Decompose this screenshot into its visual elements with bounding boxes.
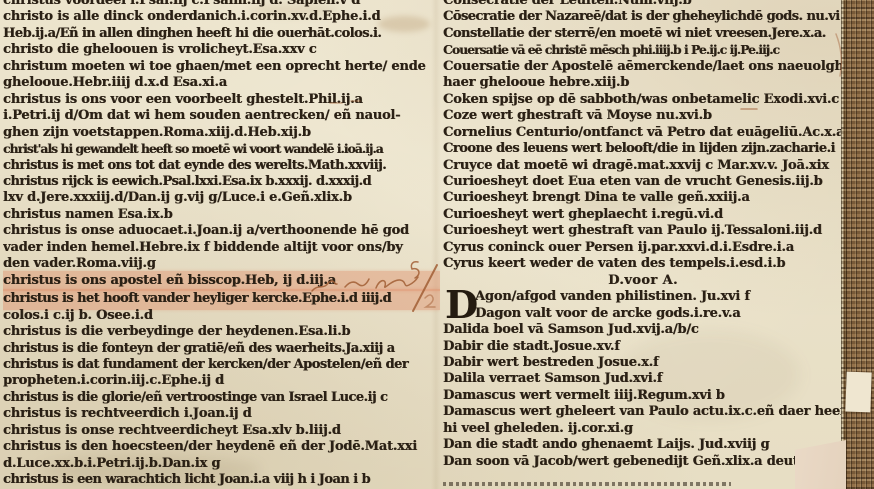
index-entry-line: christus is die verbeydinge der heydenen…: [3, 324, 440, 340]
index-entry-line: Dabir wert bestreden Josue.x.f: [443, 355, 843, 371]
index-entry-line: christus is onse aduocaet.i.Joan.ij a/ve…: [3, 223, 440, 239]
entry-text: Constellatie der sterrē/en moetē wi niet…: [443, 26, 826, 41]
entry-text: hi veel gheleden. ij.cor.xi.g: [443, 421, 633, 436]
index-entry-line: Coken spijse op dē sabboth/was onbetamel…: [443, 92, 843, 108]
index-entry-line: christum moeten wi toe ghaen/met een opr…: [3, 59, 440, 75]
entry-text: Dabir wert bestreden Josue.x.f: [443, 355, 658, 370]
index-entry-line: vader inden hemel.Hebre.ix f biddende al…: [3, 240, 440, 256]
entry-text: Dan soon vā Jacob/wert gebenedijt Geñ.xl…: [443, 454, 839, 469]
index-entry-line: christus is ons voor een voorbeelt ghest…: [3, 92, 440, 108]
entry-text: Dagon valt voor de arcke gods.i.re.v.a: [475, 306, 740, 321]
entry-text: Damascus wert gheleert van Paulo actu.ix…: [443, 404, 843, 419]
index-entry-line: Couersatie vā eē christē mēsch phi.iiij.…: [443, 42, 843, 58]
entry-text: Cyrus keert weder de vaten des tempels.i…: [443, 256, 785, 271]
index-entry-line: Damascus wert gheleert van Paulo actu.ix…: [443, 404, 843, 420]
index-entry-line: Consecratie der Leuiten.Num.viij.b: [443, 0, 843, 9]
index-entry-line: DAgon/afgod vanden philistinen. Ju.xvi f: [443, 289, 843, 305]
index-entry-line: christus namen Esa.ix.b: [3, 207, 440, 223]
entry-text: christus is onse rechtveerdicheyt Esa.xl…: [3, 423, 341, 438]
index-entry-line: Cōsecratie der Nazareē/dat is der ghehey…: [443, 9, 843, 25]
fore-edge-light-patch: [845, 372, 871, 413]
entry-text: christus is die verbeydinge der heydenen…: [3, 324, 350, 339]
entry-text: Croone des leuens wert belooft/die in li…: [443, 141, 835, 156]
index-entry-line: Damascus wert vermelt iiij.Regum.xvi b: [443, 388, 843, 404]
index-column-right: Consecratie der Leuiten.Num.viij.bCōsecr…: [443, 0, 843, 489]
entry-text: Cornelius Centurio/ontfanct vā Petro dat…: [443, 125, 843, 140]
entry-text: christus rijck is eewich.Psal.lxxi.Esa.i…: [3, 174, 371, 189]
index-entry-line: christus is ons apostel eñ bisscop.Heb, …: [3, 271, 440, 291]
index-entry-line: haer ghelooue hebre.xiij.b: [443, 75, 843, 91]
entry-text: christo is alle dinck onderdanich.i.cori…: [3, 9, 380, 24]
entry-text: Coze wert ghestraft vā Moyse nu.xvi.b: [443, 108, 712, 123]
index-entry-line: christus voordeel i.Psal.iij c.Psalm.iij…: [3, 0, 440, 9]
entry-text: Curioesheyt doet Eua eten van de vrucht …: [443, 174, 822, 189]
entry-text: christus is den hoecsteen/der heydenē eñ…: [3, 439, 417, 454]
index-entry-line: Dabir die stadt.Josue.xv.f: [443, 339, 843, 355]
entry-text: ghen zijn voetstappen.Roma.xiij.d.Heb.xi…: [3, 125, 311, 140]
entry-text: Curioesheyt wert ghestraft van Paulo ij.…: [443, 223, 822, 238]
entry-text: Cyrus coninck ouer Persen ij.par.xxvi.d.…: [443, 240, 794, 255]
index-entry-line: colos.i c.ij b. Osee.i.d: [3, 308, 440, 324]
entry-text: Dabir die stadt.Josue.xv.f: [443, 339, 620, 354]
entry-text: christo die gheloouen is vrolicheyt.Esa.…: [3, 42, 316, 57]
entry-text: christus is met ons tot dat eynde des we…: [3, 158, 386, 173]
entry-text: vader inden hemel.Hebre.ix f biddende al…: [3, 240, 403, 255]
index-entry-line: d.Luce.xx.b.i.Petri.ij.b.Dan.ix g: [3, 456, 440, 472]
entry-text: Couersatie vā eē christē mēsch phi.iiij.…: [443, 42, 779, 57]
index-entry-line: christus is dat fundament der kercken/de…: [3, 357, 440, 373]
entry-text: Dalila verraet Samson Jud.xvi.f: [443, 371, 662, 386]
book-fore-edge: [841, 0, 874, 489]
index-entry-line: Croone des leuens wert belooft/die in li…: [443, 141, 843, 157]
index-entry-line: christo die gheloouen is vrolicheyt.Esa.…: [3, 42, 440, 58]
entry-text: D.voor A.: [608, 273, 678, 288]
entry-text: Dalida boel vā Samson Jud.xvij.a/b/c: [443, 322, 699, 337]
entry-text: christus is het hooft vander heyliger ke…: [3, 291, 391, 306]
entry-text: christus is onse aduocaet.i.Joan.ij a/ve…: [3, 223, 409, 238]
index-entry-line: christus is het hooft vander heyliger ke…: [3, 289, 440, 309]
entry-text: den vader.Roma.viij.g: [3, 256, 156, 271]
index-entry-line: propheten.i.corin.iij.c.Ephe.ij d: [3, 373, 440, 389]
entry-text: Heb.ij.a/Eñ in allen dinghen heeft hi di…: [3, 26, 381, 41]
entry-text: Cōsecratie der Nazareē/dat is der ghehey…: [443, 9, 840, 24]
index-entry-line: christus is die glorie/eñ vertroostinge …: [3, 390, 440, 406]
entry-text: colos.i c.ij b. Osee.i.d: [3, 308, 153, 323]
index-entry-line: Cyrus coninck ouer Persen ij.par.xxvi.d.…: [443, 240, 843, 256]
index-entry-line: christus is rechtveerdich i.Joan.ij d: [3, 406, 440, 422]
index-entry-line: Coze wert ghestraft vā Moyse nu.xvi.b: [443, 108, 843, 124]
index-entry-line: Curioesheyt doet Eua eten van de vrucht …: [443, 174, 843, 190]
entry-text: i.Petri.ij d/Om dat wi hem souden aentre…: [3, 108, 400, 123]
entry-text: propheten.i.corin.iij.c.Ephe.ij d: [3, 373, 224, 388]
index-entry-line: lxv d.Jere.xxxiij.d/Dan.ij g.vij g/Luce.…: [3, 190, 440, 206]
entry-text: Curioesheyt wert gheplaecht i.regū.vi.d: [443, 207, 723, 222]
entry-text: Consecratie der Leuiten.Num.viij.b: [443, 0, 691, 8]
entry-text: christus is ons voor een voorbeelt ghest…: [3, 92, 363, 107]
entry-text: d.Luce.xx.b.i.Petri.ij.b.Dan.ix g: [3, 456, 220, 471]
index-entry-line: christus is onse rechtveerdicheyt Esa.xl…: [3, 423, 440, 439]
index-entry-line: ghelooue.Hebr.iiij d.x.d Esa.xi.a: [3, 75, 440, 91]
index-entry-line: christus is een warachtich licht Joan.i.…: [3, 472, 440, 488]
index-entry-line: Dalila verraet Samson Jud.xvi.f: [443, 371, 843, 387]
index-entry-line: Dan die stadt ando ghenaemt Laijs. Jud.x…: [443, 437, 843, 453]
entry-text: christ'als hi gewandelt heeft so moetē w…: [3, 141, 383, 156]
section-heading: D.voor A.: [443, 273, 843, 289]
entry-text: Cruyce dat moetē wi dragē.mat.xxvij c Ma…: [443, 158, 829, 173]
entry-text: haer ghelooue hebre.xiij.b: [443, 75, 629, 90]
index-entry-line: Dagon valt voor de arcke gods.i.re.v.a: [443, 306, 843, 322]
partially-cropped-line: [443, 482, 731, 486]
index-entry-line: Cornelius Centurio/ontfanct vā Petro dat…: [443, 125, 843, 141]
index-entry-line: christus rijck is eewich.Psal.lxxi.Esa.i…: [3, 174, 440, 190]
entry-text: Agon/afgod vanden philistinen. Ju.xvi f: [475, 289, 750, 304]
entry-text: christum moeten wi toe ghaen/met een opr…: [3, 59, 426, 74]
index-entry-line: Heb.ij.a/Eñ in allen dinghen heeft hi di…: [3, 26, 440, 42]
entry-text: christus voordeel i.Psal.iij c.Psalm.iij…: [3, 0, 360, 8]
entry-text: christus is rechtveerdich i.Joan.ij d: [3, 406, 251, 421]
entry-text: Curioesheyt brengt Dina te valle geñ.xxi…: [443, 190, 750, 205]
index-entry-line: Cyrus keert weder de vaten des tempels.i…: [443, 256, 843, 272]
index-entry-line: Curioesheyt wert gheplaecht i.regū.vi.d: [443, 207, 843, 223]
index-entry-line: christus is die fonteyn der gratiē/eñ de…: [3, 341, 440, 357]
index-entry-line: christo is alle dinck onderdanich.i.cori…: [3, 9, 440, 25]
entry-text: lxv d.Jere.xxxiij.d/Dan.ij g.vij g/Luce.…: [3, 190, 352, 205]
entry-text: christus is een warachtich licht Joan.i.…: [3, 472, 370, 487]
index-entry-line: Couersatie der Apostelē aēmerckende/laet…: [443, 59, 843, 75]
book-page-scan: christus voordeel i.Psal.iij c.Psalm.iij…: [0, 0, 874, 489]
index-entry-line: Dalida boel vā Samson Jud.xvij.a/b/c: [443, 322, 843, 338]
entry-text: christus is dat fundament der kercken/de…: [3, 357, 408, 372]
index-entry-line: christ'als hi gewandelt heeft so moetē w…: [3, 141, 440, 157]
entry-text: Coken spijse op dē sabboth/was onbetamel…: [443, 92, 839, 107]
index-entry-line: Curioesheyt wert ghestraft van Paulo ij.…: [443, 223, 843, 239]
index-entry-line: christus is met ons tot dat eynde des we…: [3, 158, 440, 174]
entry-text: christus is die glorie/eñ vertroostinge …: [3, 390, 387, 405]
index-entry-line: i.Petri.ij d/Om dat wi hem souden aentre…: [3, 108, 440, 124]
index-entry-line: Constellatie der sterrē/en moetē wi niet…: [443, 26, 843, 42]
index-entry-line: hi veel gheleden. ij.cor.xi.g: [443, 421, 843, 437]
entry-text: Damascus wert vermelt iiij.Regum.xvi b: [443, 388, 725, 403]
index-entry-line: Curioesheyt brengt Dina te valle geñ.xxi…: [443, 190, 843, 206]
entry-text: ghelooue.Hebr.iiij d.x.d Esa.xi.a: [3, 75, 227, 90]
index-entry-line: ghen zijn voetstappen.Roma.xiij.d.Heb.xi…: [3, 125, 440, 141]
entry-text: Dan die stadt ando ghenaemt Laijs. Jud.x…: [443, 437, 769, 452]
index-entry-line: christus is den hoecsteen/der heydenē eñ…: [3, 439, 440, 455]
index-entry-line: Cruyce dat moetē wi dragē.mat.xxvij c Ma…: [443, 158, 843, 174]
index-column-left: christus voordeel i.Psal.iij c.Psalm.iij…: [3, 0, 440, 489]
entry-text: christus is ons apostel eñ bisscop.Heb, …: [3, 273, 336, 288]
entry-text: christus namen Esa.ix.b: [3, 207, 173, 222]
index-entry-line: Dan soon vā Jacob/wert gebenedijt Geñ.xl…: [443, 454, 843, 470]
entry-text: christus is die fonteyn der gratiē/eñ de…: [3, 341, 395, 356]
entry-text: Couersatie der Apostelē aēmerckende/laet…: [443, 59, 843, 74]
